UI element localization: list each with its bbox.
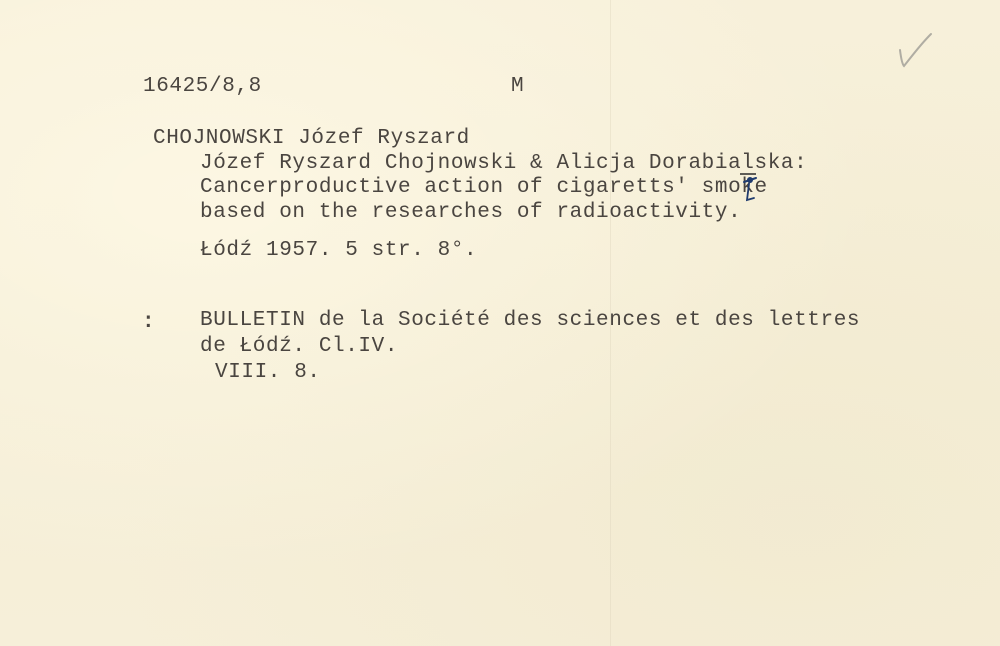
- series-line-3: VIII. 8.: [215, 360, 321, 386]
- title-line-1: Cancerproductive action of cigaretts' sm…: [200, 175, 768, 201]
- series-line-1: BULLETIN de la Société des sciences et d…: [200, 308, 860, 334]
- authors-line: Józef Ryszard Chojnowski & Alicja Dorabi…: [200, 151, 807, 177]
- series-marker: :: [142, 310, 155, 336]
- collection-marker: M: [511, 74, 524, 100]
- catalog-card: 16425/8,8 M CHOJNOWSKI Józef Ryszard Józ…: [0, 0, 1000, 646]
- ink-correction-icon: [736, 170, 760, 210]
- author-heading: CHOJNOWSKI Józef Ryszard: [153, 126, 470, 152]
- series-line-2: de Łódź. Cl.IV.: [200, 334, 398, 360]
- call-number: 16425/8,8: [143, 74, 262, 100]
- checkmark-icon: [895, 30, 935, 72]
- imprint: Łódź 1957. 5 str. 8°.: [200, 238, 477, 264]
- title-line-2: based on the researches of radioactivity…: [200, 200, 741, 226]
